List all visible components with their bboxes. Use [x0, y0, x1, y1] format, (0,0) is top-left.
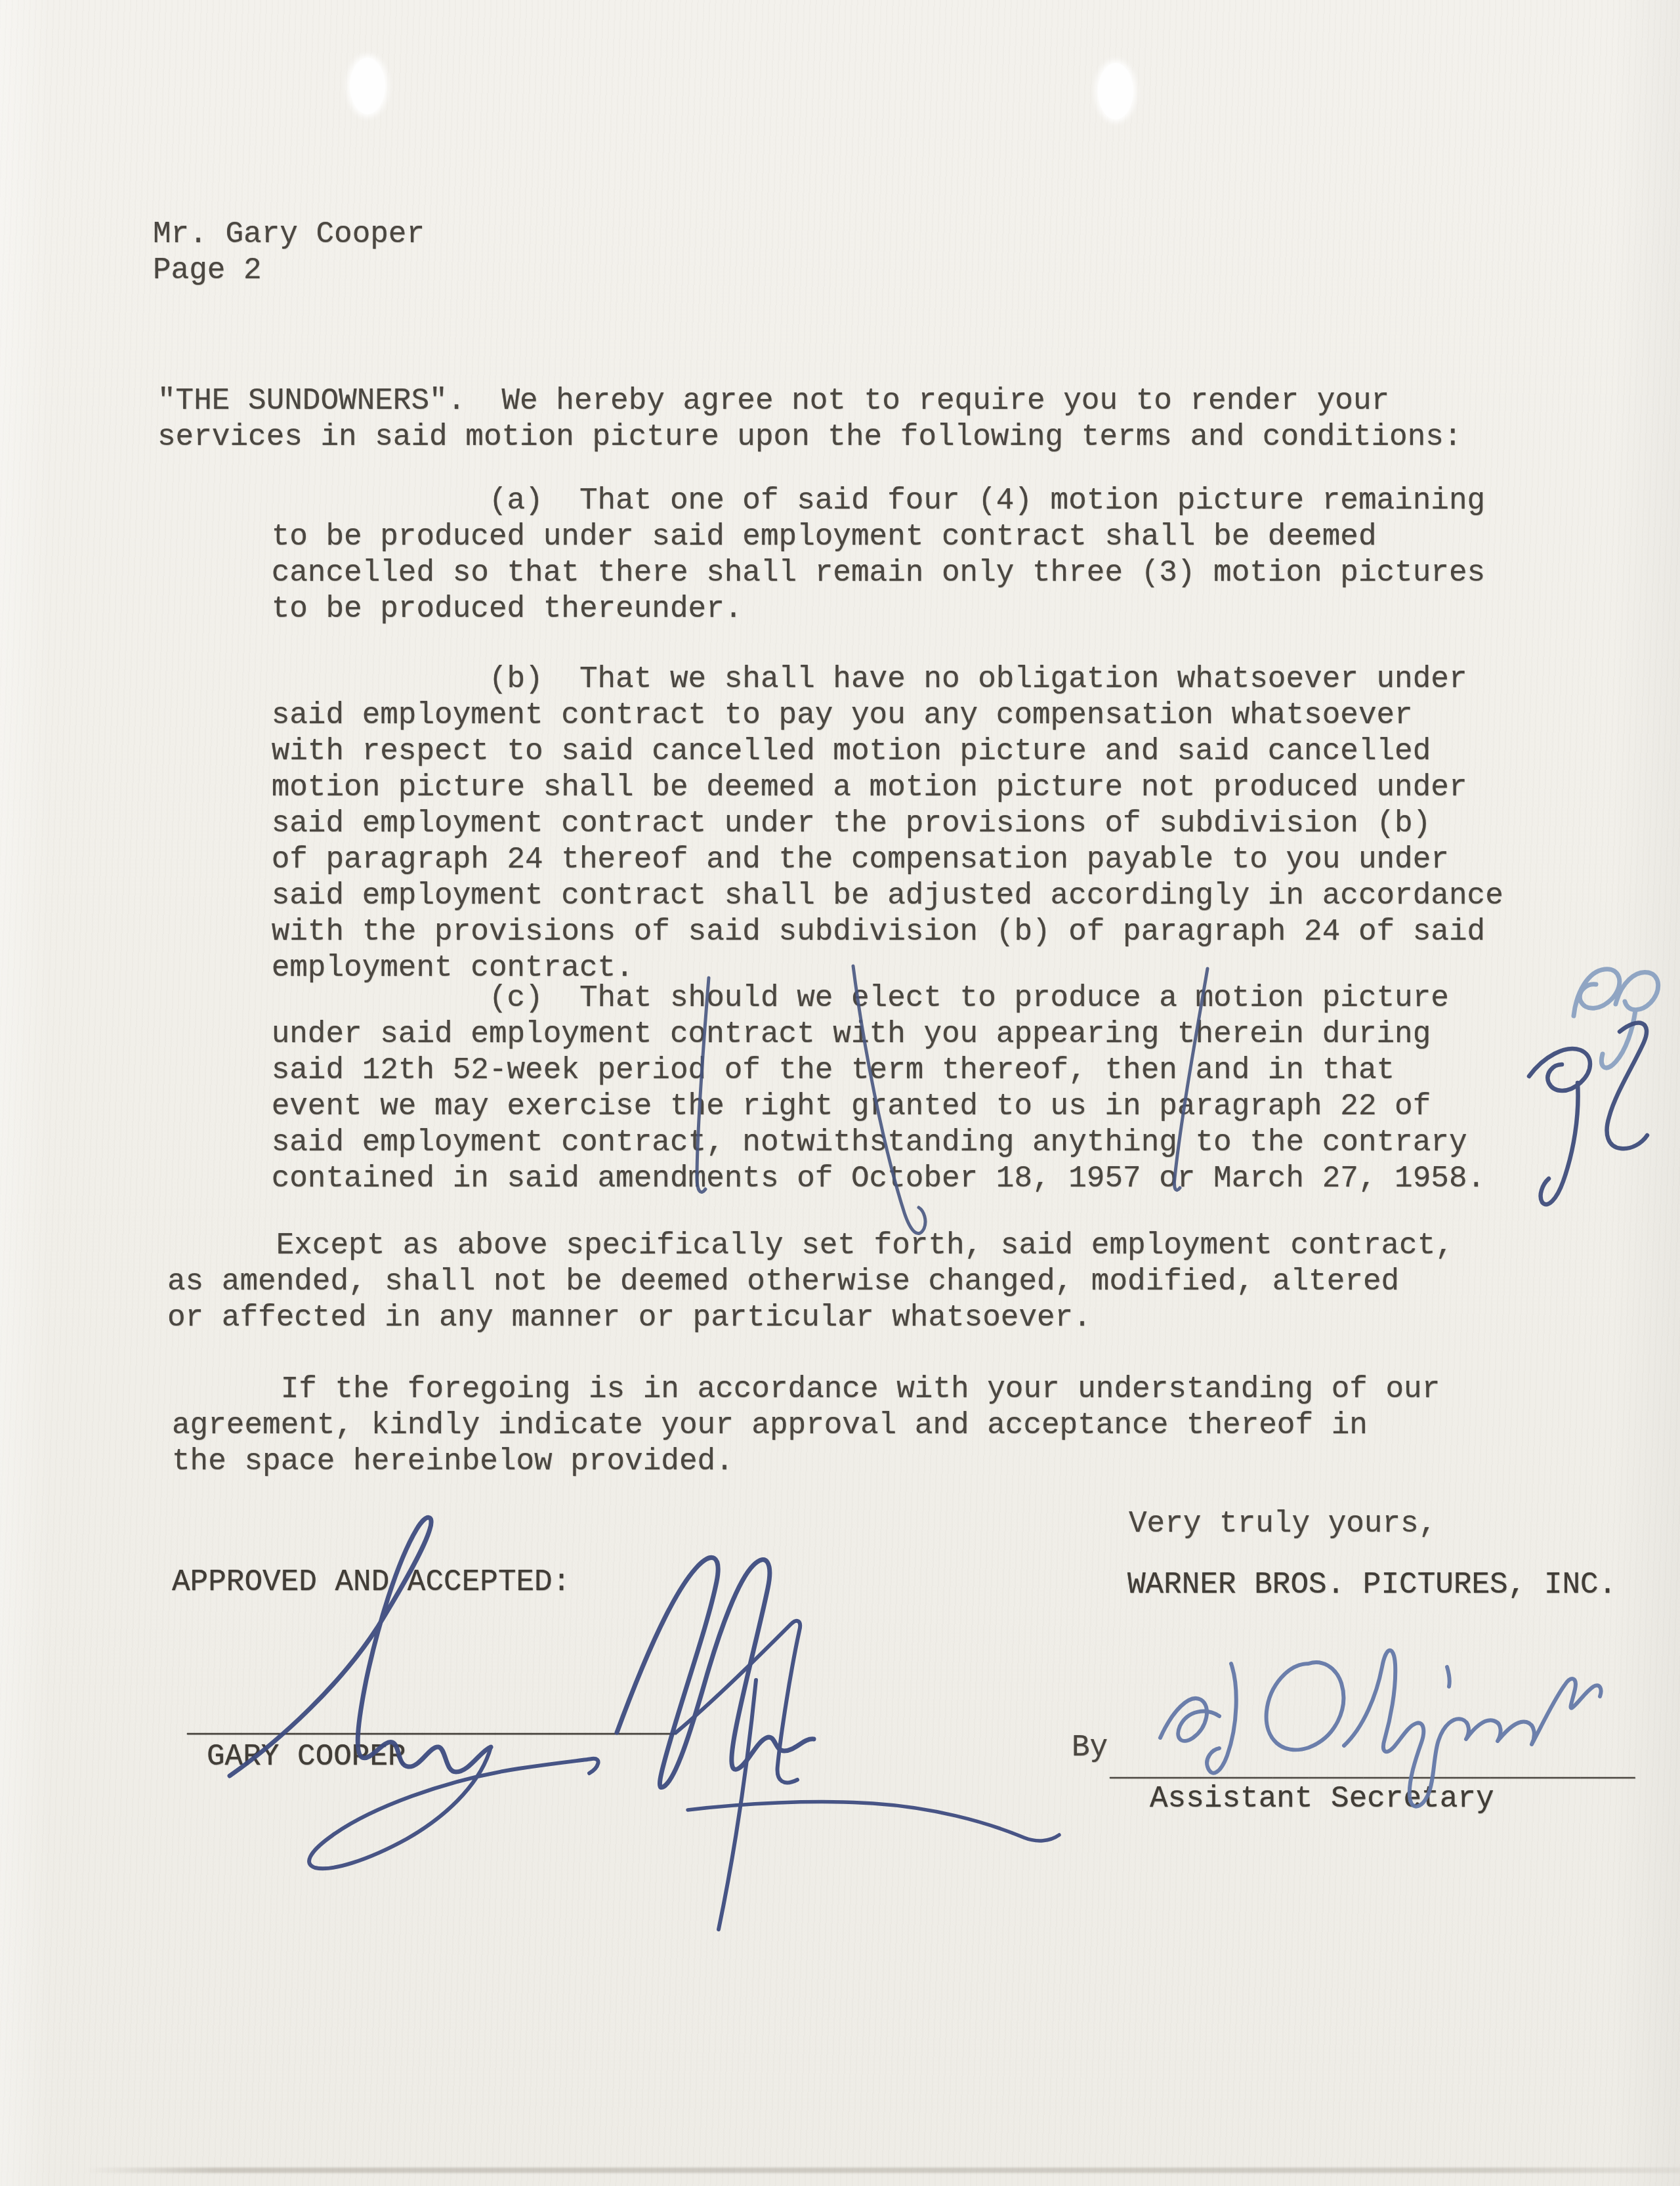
company-name: WARNER BROS. PICTURES, INC. [1127, 1567, 1616, 1603]
initials-light-tail [1601, 1011, 1635, 1068]
obringer-o [1267, 1662, 1344, 1750]
clause-b-paragraph: (b) That we shall have no obligation wha… [163, 662, 1503, 986]
monogram-descender [1541, 1083, 1578, 1204]
cooper-tail-flourish [688, 1802, 1059, 1841]
cooper-p-descender [719, 1680, 756, 1929]
letter-page: Mr. Gary Cooper Page 2 "THE SUNDOWNERS".… [0, 0, 1680, 2186]
initials-light-loop2 [1616, 972, 1658, 1009]
acceptance-request-paragraph: If the foregoing is in accordance with y… [172, 1372, 1440, 1480]
cooper-typed-name: GARY COOPER [207, 1739, 406, 1775]
cooper-c-oo-stroke [617, 1557, 814, 1787]
no-other-change-paragraph: Except as above specifically set forth, … [167, 1228, 1454, 1336]
cooper-per-upstroke [676, 1621, 800, 1783]
margin-initials-dark [1529, 1023, 1647, 1205]
cooper-signature-line: ___________________________ [187, 1706, 676, 1742]
obringer-a [1160, 1698, 1219, 1741]
clause-a-paragraph: (a) That one of said four (4) motion pic… [163, 483, 1485, 627]
assistant-secretary-title: Assistant Secretary [1150, 1781, 1494, 1817]
intro-paragraph: "THE SUNDOWNERS". We hereby agree not to… [157, 383, 1462, 455]
bottom-edge-shadow [85, 2168, 1680, 2173]
approved-accepted-label: APPROVED AND ACCEPTED: [172, 1565, 570, 1601]
by-signature-line: _____________________________ [1110, 1750, 1635, 1786]
monogram-loop [1529, 1049, 1590, 1091]
punch-hole-left [350, 58, 385, 114]
punch-hole-right [1098, 63, 1133, 119]
margin-initials-light [1574, 969, 1658, 1068]
obringer-tick [1447, 1667, 1450, 1687]
initials-light-loop1 [1574, 969, 1620, 1016]
by-label: By [1072, 1730, 1108, 1766]
clause-c-paragraph: (c) That should we elect to produce a mo… [163, 980, 1485, 1197]
recipient-address-block: Mr. Gary Cooper Page 2 [153, 217, 425, 289]
valediction: Very truly yours, [1129, 1506, 1437, 1542]
monogram-c-sweep [1607, 1023, 1647, 1149]
